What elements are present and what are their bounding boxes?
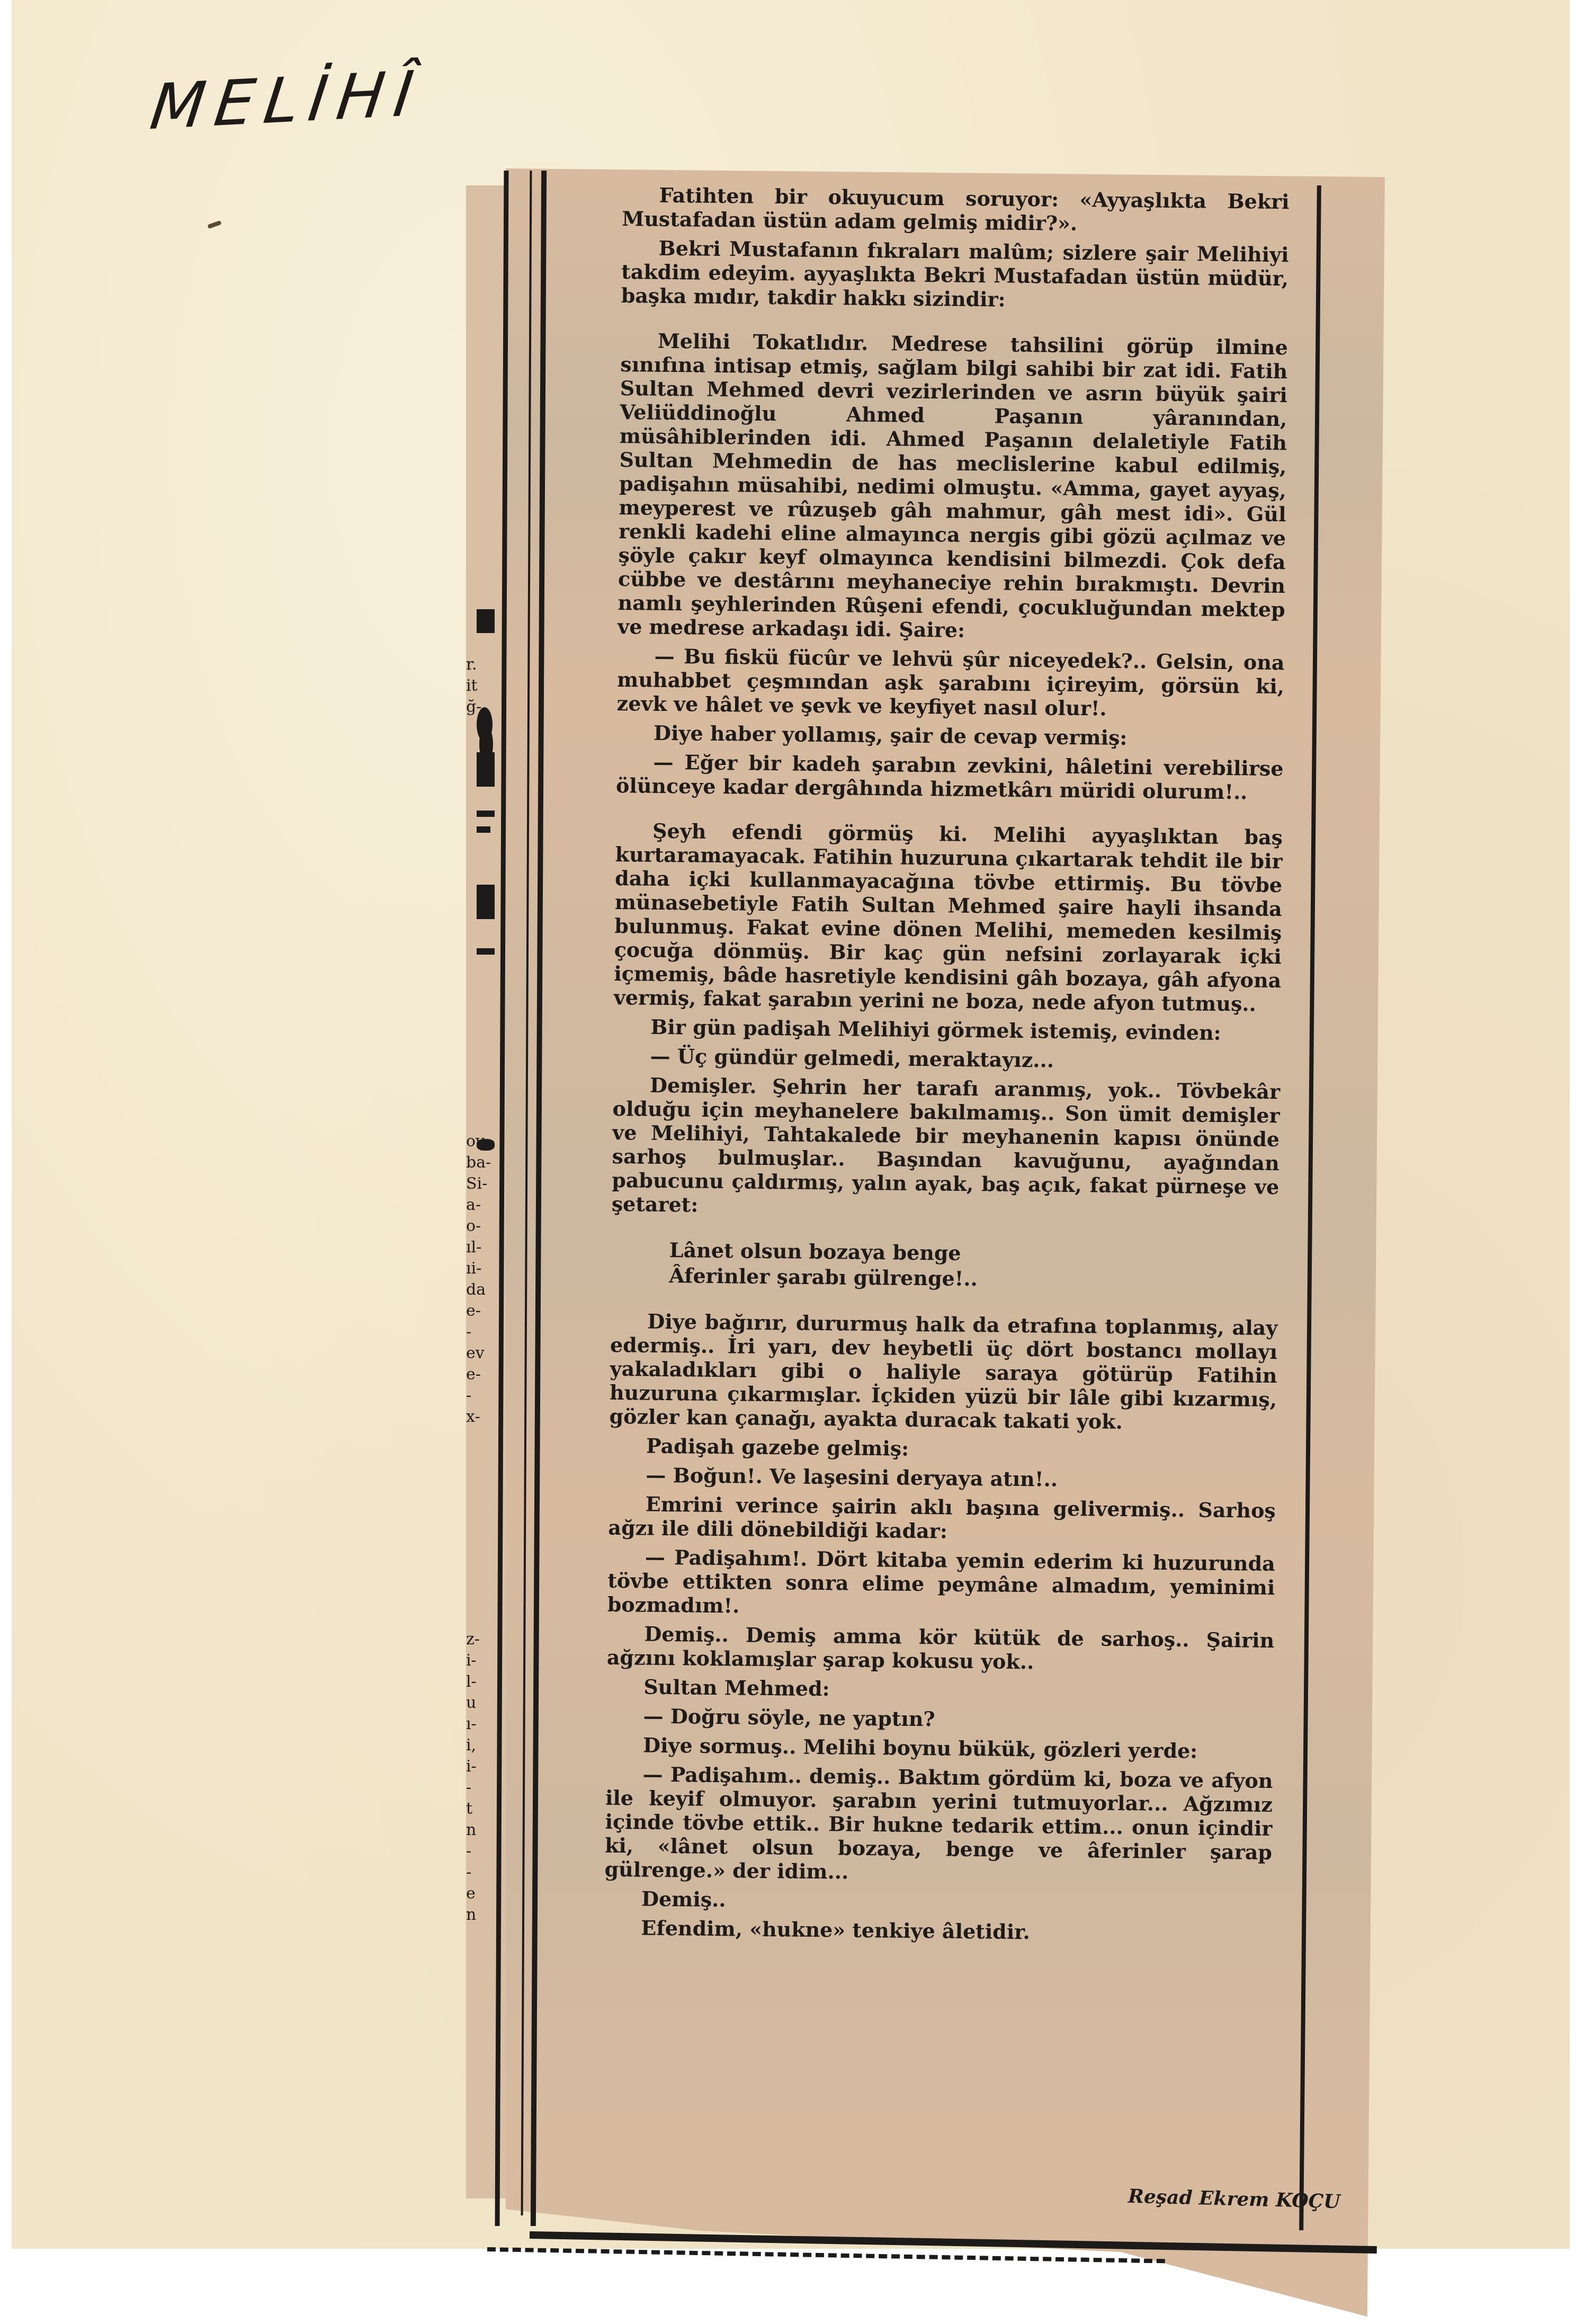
headline-fragment — [477, 811, 495, 817]
article-paragraph: Emrini verince şairin aklı başına gelive… — [608, 1492, 1276, 1546]
side-text-fragment: it — [466, 675, 503, 697]
handwritten-title: MELİHÎ — [146, 57, 427, 144]
article-paragraph: Fatihten bir okuyucum soruyor: «Ayyaşlık… — [622, 183, 1290, 237]
side-text-fragment: ıl- — [466, 1237, 503, 1258]
headline-fragment — [477, 752, 495, 787]
side-text-fragment: - — [466, 1385, 503, 1406]
article-paragraph: Melihi Tokatlıdır. Medrese tahsilini gör… — [617, 328, 1288, 645]
poem-couplet: Lânet olsun bozaya bengeÂferinler şarabı… — [669, 1237, 1278, 1295]
side-text-fragment: Si- — [466, 1173, 503, 1195]
ink-mark — [207, 220, 221, 229]
dashed-rule — [487, 2247, 1165, 2263]
side-text-fragment: o- — [466, 1216, 503, 1237]
article-paragraph: Demiş.. Demiş amma kör kütük de sarhoş..… — [607, 1622, 1275, 1676]
dialogue-paragraph: — Doğru söyle, ne yaptın? — [606, 1704, 1273, 1734]
article-paragraph: Bir gün padişah Melihiyi görmek istemiş,… — [613, 1014, 1281, 1045]
headline-fragment — [477, 826, 490, 833]
dialogue-paragraph: — Padişahım!. Dört kitaba yemin ederim k… — [607, 1545, 1275, 1623]
side-text-fragment: e- — [466, 1364, 503, 1385]
headline-fragment — [477, 1139, 495, 1151]
dialogue-paragraph: — Eğer bir kadeh şarabın zevkini, hâleti… — [616, 750, 1284, 804]
article-paragraph: Sultan Mehmed: — [606, 1675, 1274, 1705]
article-paragraph: Şeyh efendi görmüş ki. Melihi ayyaşlıkta… — [614, 818, 1283, 1016]
side-text-fragment: da — [466, 1279, 503, 1301]
side-text-fragment: x- — [466, 1406, 503, 1428]
side-text-fragment: ıi- — [466, 1258, 503, 1279]
side-text-fragment: a- — [466, 1195, 503, 1216]
side-text-fragment: ev — [466, 1343, 503, 1364]
dialogue-paragraph: — Boğun!. Ve laşesini deryaya atın!.. — [608, 1463, 1276, 1493]
article-paragraph: Diye sormuş.. Melihi boynu bükük, gözler… — [606, 1733, 1273, 1764]
dialogue-paragraph: — Üç gündür gelmedi, meraktayız... — [613, 1044, 1281, 1074]
side-text-fragment: r. — [466, 654, 503, 675]
article-paragraph: Diye haber yollamış, şair de cevap vermi… — [616, 720, 1284, 751]
side-text-fragment: ba- — [466, 1152, 503, 1173]
side-text-fragment: e- — [466, 1301, 503, 1322]
article-paragraph: Demiş.. — [604, 1886, 1272, 1917]
headline-fragment — [477, 948, 495, 955]
headline-fragment — [477, 609, 495, 633]
article-paragraph: Demişler. Şehrin her tarafı aranmış, yok… — [612, 1073, 1281, 1223]
dialogue-paragraph: — Padişahım.. demiş.. Baktım gördüm ki, … — [604, 1762, 1273, 1888]
article-paragraph: Diye bağırır, dururmuş halk da etrafına … — [609, 1309, 1277, 1435]
article-body: Fatihten bir okuyucum soruyor: «Ayyaşlık… — [604, 183, 1290, 1952]
side-text-fragment: - — [466, 1322, 503, 1343]
article-paragraph: Padişah gazebe gelmiş: — [609, 1433, 1276, 1464]
article-paragraph: Bekri Mustafanın fıkraları malûm; sizler… — [621, 236, 1289, 314]
dialogue-paragraph: — Bu fiskü fücûr ve lehvü şûr niceyedek?… — [616, 644, 1284, 722]
headline-fragment — [477, 885, 495, 919]
article-paragraph: Efendim, «hukne» tenkiye âletidir. — [604, 1916, 1271, 1946]
